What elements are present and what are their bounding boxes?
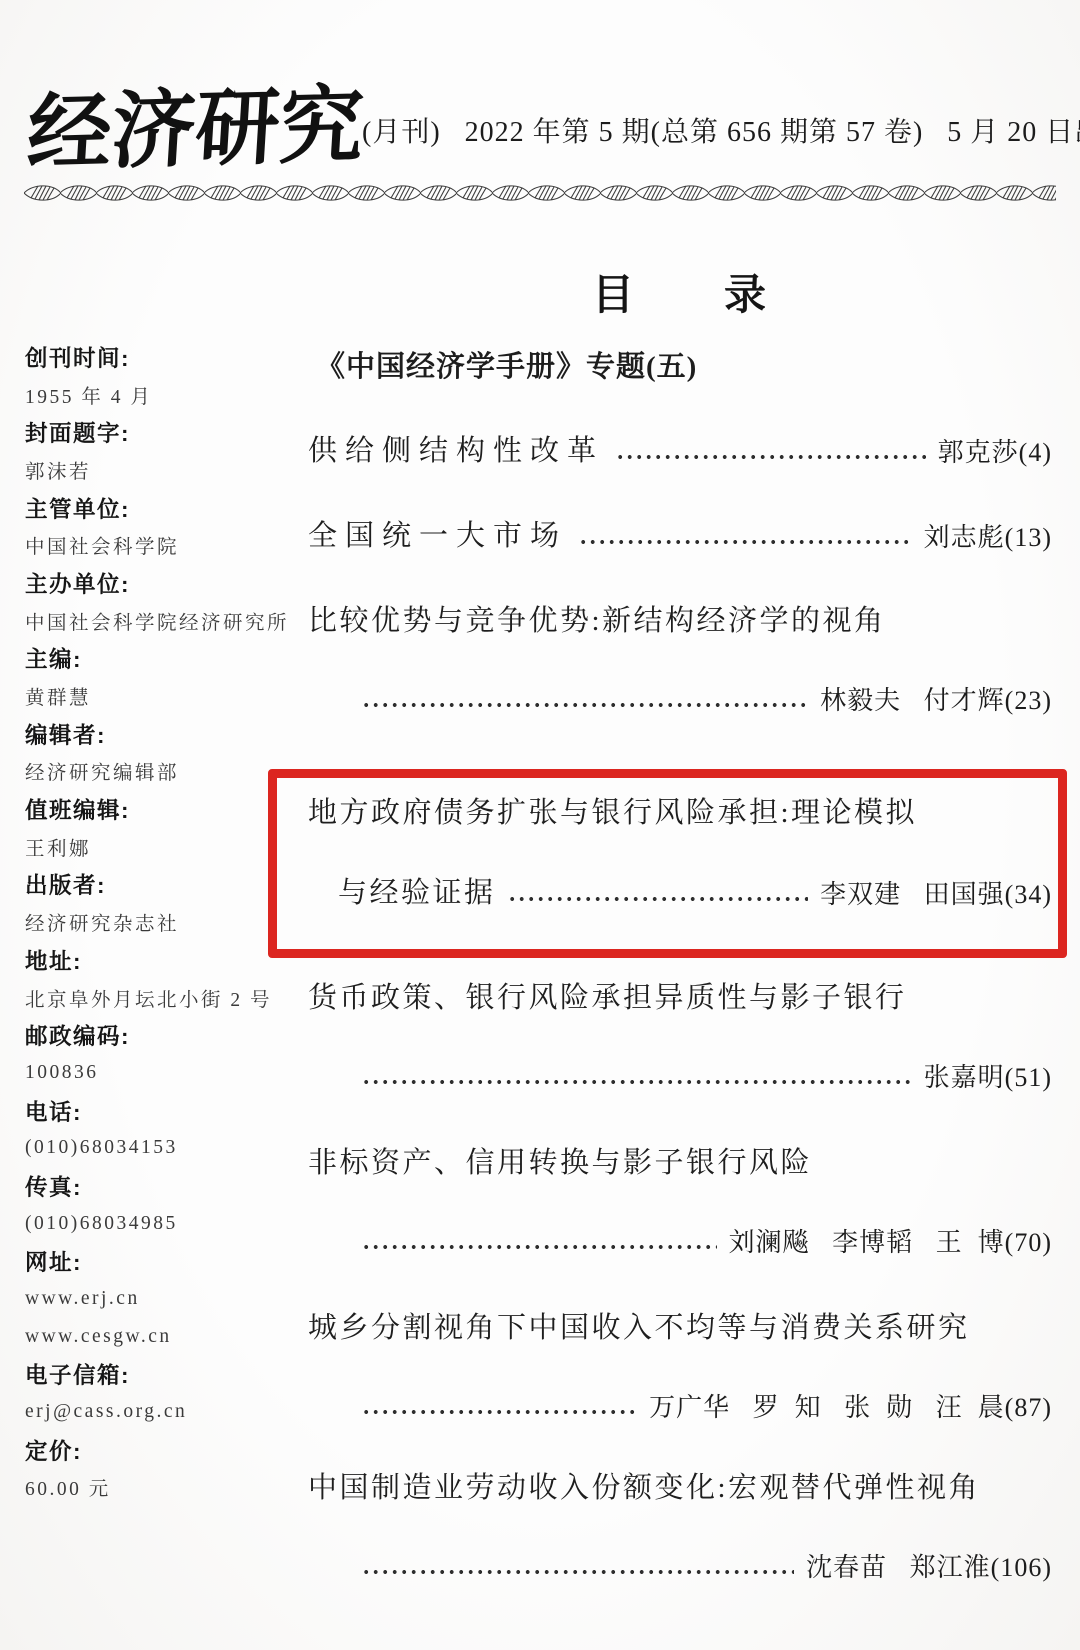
entry-title: 城乡分割视角下中国收入不均等与消费关系研究 [308, 1305, 970, 1346]
dot-leader [364, 1409, 637, 1415]
sidebar-label-email: 电子信箱: [25, 1358, 130, 1390]
entry-authors-page: 刘志彪(13) [924, 517, 1052, 554]
toc-entry-4-authors: 张嘉明(51) [308, 1057, 1052, 1094]
toc-entry-7-title: 中国制造业劳动收入份额变化:宏观替代弹性视角 [308, 1465, 1052, 1506]
entry-authors-page: 李双建 田国强(34) [820, 874, 1052, 911]
entry-authors-page: 万广华 罗 知 张 勋 汪 晨(87) [649, 1387, 1052, 1424]
sidebar-label-phone: 电话: [25, 1095, 82, 1127]
dot-leader [581, 539, 912, 545]
toc-entry-1: 全国统一大市场 刘志彪(13) [308, 513, 1052, 554]
sidebar-label-supervisor: 主管单位: [25, 492, 130, 524]
entry-authors-page: 郭克莎(4) [938, 432, 1052, 469]
entry-title: 全国统一大市场 [308, 513, 567, 554]
toc-entry-7-authors: 沈春苗 郑江淮(106) [308, 1547, 1052, 1584]
toc-entry-3-authors: 与经验证据 李双建 田国强(34) [308, 870, 1052, 911]
entry-authors-page: 张嘉明(51) [924, 1057, 1052, 1094]
entry-title: 供给侧结构性改革 [308, 428, 604, 469]
sidebar-value-editor: 经济研究编辑部 [25, 757, 179, 785]
toc-entry-4-title: 货币政策、银行风险承担异质性与影子银行 [308, 975, 1052, 1016]
dot-leader [364, 1079, 912, 1085]
toc-title: 目 录 [308, 262, 1052, 322]
entry-title: 非标资产、信用转换与影子银行风险 [308, 1140, 812, 1181]
sidebar-value-publisher: 经济研究杂志社 [25, 908, 179, 936]
sidebar-value-organizer: 中国社会科学院经济研究所 [25, 607, 289, 635]
sidebar-label-publisher: 出版者: [25, 868, 106, 900]
sidebar-label-address: 地址: [25, 944, 82, 976]
journal-toc-page: 经济研究 (月刊) 2022 年第 5 期(总第 656 期第 57 卷) 5 … [0, 0, 1080, 1650]
dot-leader [364, 1569, 794, 1575]
sidebar-label-organizer: 主办单位: [25, 567, 130, 599]
entry-title: 比较优势与竞争优势:新结构经济学的视角 [308, 598, 886, 639]
toc-entry-5-authors: 刘澜飚 李博韬 王 博(70) [308, 1222, 1052, 1259]
entry-title: 中国制造业劳动收入份额变化:宏观替代弹性视角 [308, 1465, 980, 1506]
sidebar-value-website-2: www.cesgw.cn [25, 1326, 172, 1348]
sidebar-label-chief-editor: 主编: [25, 642, 82, 674]
entry-authors-page: 刘澜飚 李博韬 王 博(70) [729, 1222, 1052, 1259]
dot-leader [510, 896, 809, 902]
sidebar-value-postcode: 100836 [25, 1062, 99, 1084]
entry-title: 货币政策、银行风险承担异质性与影子银行 [308, 975, 907, 1016]
sidebar-value-phone: (010)68034153 [25, 1137, 178, 1159]
sidebar-label-website: 网址: [25, 1245, 82, 1277]
dot-leader [364, 1244, 717, 1250]
entry-authors-page: 林毅夫 付才辉(23) [820, 680, 1052, 717]
entry-title-continued: 与经验证据 [338, 870, 496, 911]
dot-leader [364, 702, 808, 708]
toc-entry-0: 供给侧结构性改革 郭克莎(4) [308, 428, 1052, 469]
sidebar-label-price: 定价: [25, 1434, 82, 1466]
sidebar-label-founded: 创刊时间: [25, 341, 130, 373]
section-heading: 《中国经济学手册》专题(五) [316, 344, 697, 385]
toc: 目 录 《中国经济学手册》专题(五) 供给侧结构性改革 郭克莎(4) 全国统一大… [308, 0, 1052, 1650]
toc-entry-5-title: 非标资产、信用转换与影子银行风险 [308, 1140, 1052, 1181]
toc-entry-6-authors: 万广华 罗 知 张 勋 汪 晨(87) [308, 1387, 1052, 1424]
sidebar-label-editor: 编辑者: [25, 718, 106, 750]
journal-info-sidebar: 创刊时间: 1955 年 4 月 封面题字: 郭沫若 主管单位: 中国社会科学院… [25, 338, 297, 1506]
sidebar-label-duty-editor: 值班编辑: [25, 793, 130, 825]
sidebar-value-email: erj@cass.org.cn [25, 1401, 187, 1423]
sidebar-value-cover-calligraphy: 郭沫若 [25, 456, 91, 484]
sidebar-value-chief-editor: 黄群慧 [25, 682, 91, 710]
toc-entry-3-title: 地方政府债务扩张与银行风险承担:理论模拟 [308, 790, 1052, 831]
sidebar-label-postcode: 邮政编码: [25, 1019, 130, 1051]
sidebar-value-website-1: www.erj.cn [25, 1288, 140, 1310]
sidebar-value-founded: 1955 年 4 月 [25, 381, 152, 409]
sidebar-value-address: 北京阜外月坛北小街 2 号 [25, 984, 272, 1012]
entry-authors-page: 沈春苗 郑江淮(106) [806, 1547, 1052, 1584]
sidebar-value-fax: (010)68034985 [25, 1213, 178, 1235]
sidebar-label-cover-calligraphy: 封面题字: [25, 416, 130, 448]
sidebar-label-fax: 传真: [25, 1170, 82, 1202]
toc-entry-6-title: 城乡分割视角下中国收入不均等与消费关系研究 [308, 1305, 1052, 1346]
sidebar-value-price: 60.00 元 [25, 1473, 111, 1501]
sidebar-value-duty-editor: 王利娜 [25, 833, 91, 861]
toc-entry-2-authors: 林毅夫 付才辉(23) [308, 680, 1052, 717]
sidebar-value-supervisor: 中国社会科学院 [25, 531, 179, 559]
entry-title: 地方政府债务扩张与银行风险承担:理论模拟 [308, 790, 917, 831]
toc-entry-2-title: 比较优势与竞争优势:新结构经济学的视角 [308, 598, 1052, 639]
dot-leader [618, 454, 926, 460]
